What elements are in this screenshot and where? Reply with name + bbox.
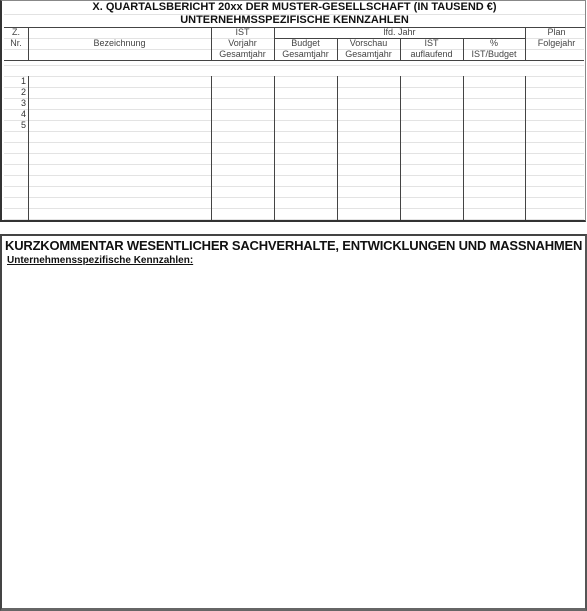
report-subtitle: UNTERNEHMSSPEZIFISCHE KENNZAHLEN [4,14,585,28]
table-cell-ist_auflaufend[interactable] [401,87,462,98]
table-cell-ist_auflaufend[interactable] [401,98,462,109]
column-header-bezeichnung: Bezeichnung [28,38,211,49]
column-header-ist_vorjahr: IST [211,27,274,38]
table-cell-bezeichnung[interactable] [29,120,210,131]
table-cell-ist_auflaufend[interactable] [401,76,462,87]
row-gridline [4,208,584,209]
table-cell-vorschau[interactable] [338,76,399,87]
table-cell-prozent[interactable] [464,76,524,87]
column-header-vorschau: Gesamtjahr [337,49,400,60]
table-cell-budget[interactable] [275,120,336,131]
row-gridline [4,219,584,220]
table-cell-prozent[interactable] [464,87,524,98]
column-header-vorschau: Vorschau [337,38,400,49]
column-group-lfd-jahr: lfd. Jahr [274,27,525,38]
row-gridline [4,197,584,198]
table-cell-ist_vorjahr[interactable] [212,98,273,109]
table-cell-vorschau[interactable] [338,98,399,109]
column-header-prozent: % [463,38,525,49]
table-cell-prozent[interactable] [464,120,524,131]
comment-section: KURZKOMMENTAR WESENTLICHER SACHVERHALTE,… [0,234,587,611]
column-header-znr: Nr. [4,38,28,49]
row-gridline [4,153,584,154]
column-header-znr: Z. [4,27,28,38]
table-cell-ist_vorjahr[interactable] [212,120,273,131]
table-cell-ist_auflaufend[interactable] [401,120,462,131]
column-header-budget: Budget [274,38,337,49]
table-cell-ist_auflaufend[interactable] [401,109,462,120]
table-cell-plan[interactable] [526,98,587,109]
table-cell-ist_vorjahr[interactable] [212,87,273,98]
table-cell-bezeichnung[interactable] [29,98,210,109]
table-cell-plan[interactable] [526,120,587,131]
table-cell-budget[interactable] [275,76,336,87]
table-cell-budget[interactable] [275,98,336,109]
row-number: 5 [4,120,26,131]
column-header-prozent: IST/Budget [463,49,525,60]
table-cell-budget[interactable] [275,109,336,120]
column-header-plan: Folgejahr [525,38,587,49]
row-number: 2 [4,87,26,98]
row-number: 4 [4,109,26,120]
comment-title: KURZKOMMENTAR WESENTLICHER SACHVERHALTE,… [5,238,582,253]
column-header-ist_auflaufend: IST [400,38,463,49]
table-cell-ist_vorjahr[interactable] [212,76,273,87]
header-divider [4,60,584,61]
row-gridline [4,186,584,187]
table-cell-plan[interactable] [526,76,587,87]
table-cell-prozent[interactable] [464,109,524,120]
comment-subheading: Unternehmensspezifische Kennzahlen: [7,255,193,267]
table-cell-plan[interactable] [526,87,587,98]
table-cell-ist_vorjahr[interactable] [212,109,273,120]
column-header-ist_vorjahr: Vorjahr [211,38,274,49]
column-header-ist_vorjahr: Gesamtjahr [211,49,274,60]
row-gridline [4,142,584,143]
kennzahlen-table: X. QUARTALSBERICHT 20xx DER MUSTER-GESEL… [0,0,586,222]
row-gridline [4,175,584,176]
row-gridline [4,65,584,66]
table-cell-plan[interactable] [526,109,587,120]
table-cell-prozent[interactable] [464,98,524,109]
table-cell-budget[interactable] [275,87,336,98]
table-cell-bezeichnung[interactable] [29,76,210,87]
table-cell-vorschau[interactable] [338,109,399,120]
table-cell-bezeichnung[interactable] [29,109,210,120]
table-cell-bezeichnung[interactable] [29,87,210,98]
column-header-budget: Gesamtjahr [274,49,337,60]
column-header-ist_auflaufend: auflaufend [400,49,463,60]
report-title: X. QUARTALSBERICHT 20xx DER MUSTER-GESEL… [4,1,585,15]
row-gridline [4,131,584,132]
table-cell-vorschau[interactable] [338,87,399,98]
table-cell-vorschau[interactable] [338,120,399,131]
column-header-plan: Plan [525,27,587,38]
row-gridline [4,164,584,165]
row-number: 1 [4,76,26,87]
row-number: 3 [4,98,26,109]
comment-body[interactable] [7,270,580,603]
